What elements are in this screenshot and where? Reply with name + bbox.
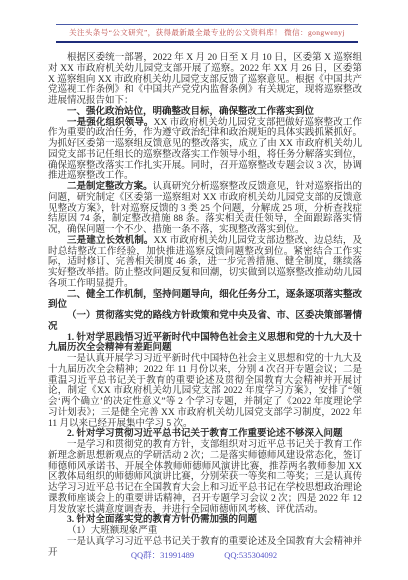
paragraph-text: 根据区委统一部署，2022 年 X 月 20 日至 X 月 10 日，区委第 X… (48, 53, 362, 106)
paragraph-text: 一是认真开展学习习近平新时代中国特色社会主义思想和党的十九大及十九届历次全会精神… (48, 354, 362, 429)
paragraph: 一是强化组织领导。XX 市政府机关幼儿园党支部把做好巡察整改工作作为重要的政治任… (48, 118, 362, 183)
paragraph: 一是认真开展学习习近平新时代中国特色社会主义思想和党的十九大及十九届历次全会精神… (48, 354, 362, 429)
page: { "colors": { "header_text": "#c0504d", … (0, 0, 408, 580)
section-heading: 3. 针对全面落实党的教育方针仍需加强的问题 (48, 515, 362, 526)
qq-text: QQ:535304092 (224, 550, 277, 560)
paragraph-text: 一是学习和贯彻党的教育方针，支部组织对习近平总书记关于教育工作新理念新思想新观点… (48, 440, 362, 515)
paragraph-lead: 二是制定整改方案。 (67, 182, 153, 192)
section-heading: 二、健全工作机制，坚持问题导向，细化任务分工，逐条逐项落实整改到位 (48, 290, 362, 312)
paragraph-lead: 三是建立长效机制。 (67, 236, 154, 246)
section-heading-text: 3. 针对全面落实党的教育方针仍需加强的问题 (67, 515, 257, 525)
page-footer: QQ群：31991489QQ:535304092 (0, 549, 408, 561)
paragraph: 根据区委统一部署，2022 年 X 月 20 日至 X 月 10 日，区委第 X… (48, 53, 362, 107)
section-heading: （一）贯彻落实党的路线方针政策和党中央及省、市、区委决策部署情况 (48, 311, 362, 333)
section-heading: 1. 针对学思践悟习近平新时代中国特色社会主义思想和党的十九大及十九届历次全会精… (48, 333, 362, 355)
qq-group-text: QQ群：31991489 (131, 550, 194, 560)
paragraph: 二是制定整改方案。认真研究分析巡察整改反馈意见，针对巡察指出的问题，研究制定《区… (48, 182, 362, 236)
document-body: 根据区委统一部署，2022 年 X 月 20 日至 X 月 10 日，区委第 X… (48, 53, 362, 558)
section-heading: 一、强化政治站位，明确整改目标，确保整改工作落实到位 (48, 107, 362, 118)
section-heading-text: 2. 针对学习贯彻习近平总书记关于教育工作重要论述不够深入问题 (67, 429, 343, 439)
paragraph: （1）大班额现象严重 (48, 526, 362, 537)
section-heading: 2. 针对学习贯彻习近平总书记关于教育工作重要论述不够深入问题 (48, 429, 362, 440)
section-heading-text: 一、强化政治站位，明确整改目标，确保整改工作落实到位 (67, 107, 314, 117)
paragraph-text: XX 市政府机关幼儿园党支部把做好巡察整改工作作为重要的政治任务，作为遵守政治纪… (48, 118, 362, 182)
section-heading-text: 二、健全工作机制，坚持问题导向，细化任务分工，逐条逐项落实整改到位 (48, 290, 362, 311)
paragraph-lead: 一是强化组织领导。 (67, 118, 154, 128)
paragraph: 一是学习和贯彻党的教育方针，支部组织对习近平总书记关于教育工作新理念新思想新观点… (48, 440, 362, 515)
paragraph: 三是建立长效机制。XX 市政府机关幼儿园党支部边整改、边总结，及时总结整改工作经… (48, 236, 362, 290)
promo-header: 关注头条号“公文研究”，获得最新最全最专业的公文资料库！ 微信：gongweny… (56, 24, 358, 43)
section-heading-text: （一）贯彻落实党的路线方针政策和党中央及省、市、区委决策部署情况 (48, 311, 362, 332)
section-heading-text: 1. 针对学思践悟习近平新时代中国特色社会主义思想和党的十九大及十九届历次全会精… (48, 333, 362, 354)
paragraph-text: （1）大班额现象严重 (67, 526, 157, 536)
promo-header-text: 关注头条号“公文研究”，获得最新最全最专业的公文资料库！ 微信：gongweny… (69, 28, 345, 37)
